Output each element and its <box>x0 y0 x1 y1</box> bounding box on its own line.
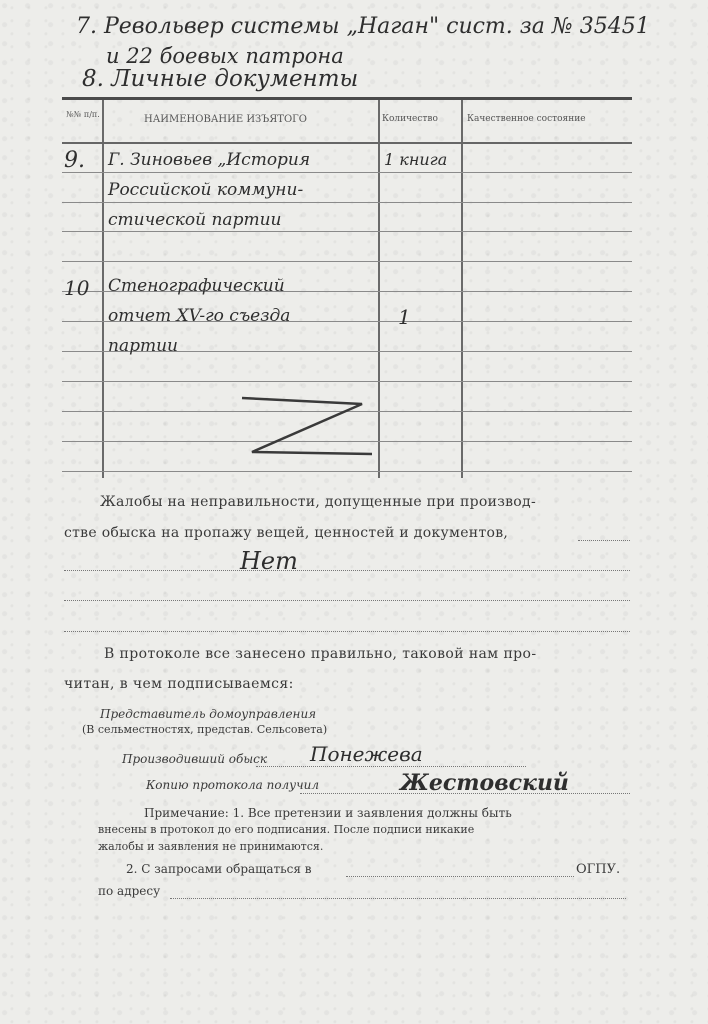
note-line4-prefix: 2. С запросами обращаться в <box>126 862 312 876</box>
fill-line <box>64 631 630 632</box>
row-line <box>62 471 632 472</box>
item-name-line: партии <box>108 336 178 356</box>
column-header-name: НАИМЕНОВАНИЕ ИЗЪЯТОГО <box>144 114 307 125</box>
column-divider <box>461 100 463 478</box>
note-line3: жалобы и заявления не принимаются. <box>98 840 323 853</box>
column-header-quantity: Количество <box>382 114 438 124</box>
note-line1: Примечание: 1. Все претензии и заявления… <box>144 806 512 820</box>
copy-received-label: Копию протокола получил <box>146 778 319 792</box>
note-line5: по адресу <box>98 884 160 898</box>
representative-label: Представитель домоуправления <box>100 707 316 721</box>
fill-line <box>64 570 630 571</box>
copy-received-signature: Жестовский <box>400 770 569 796</box>
fill-line <box>578 540 630 541</box>
row-number: 10 <box>64 276 89 300</box>
complaints-text-line1: Жалобы на неправильности, допущенные при… <box>100 494 536 510</box>
item-name-line: Стенографический <box>108 276 285 296</box>
handwritten-item-7-cont: и 22 боевых патрона <box>106 44 344 68</box>
scanned-document-page: 7. Револьвер системы „Наган" сист. за № … <box>0 0 708 1024</box>
confirmation-text-line1: В протоколе все занесено правильно, тако… <box>104 646 537 662</box>
searcher-signature: Понежева <box>310 742 423 766</box>
item-name-line: отчет XV-го съезда <box>108 306 290 326</box>
handwritten-item-8: 8. Личные документы <box>82 66 358 92</box>
complaints-text-line2: стве обыска на пропажу вещей, ценностей … <box>64 525 508 541</box>
note-line2: внесены в протокол до его подписания. По… <box>98 823 474 836</box>
signature-line <box>256 766 526 767</box>
header-divider <box>62 142 632 144</box>
column-divider <box>378 100 380 478</box>
row-line <box>62 202 632 203</box>
row-line <box>62 381 632 382</box>
item-name-line: Г. Зиновьев „История <box>108 150 310 170</box>
seized-items-table: №№ п/п. НАИМЕНОВАНИЕ ИЗЪЯТОГО Количество… <box>62 97 632 478</box>
item-name-line: Российской коммуни- <box>108 180 303 200</box>
confirmation-text-line2: читан, в чем подписываемся: <box>64 676 294 692</box>
column-header-condition: Качественное состояние <box>467 114 586 124</box>
handwritten-item-7: 7. Револьвер системы „Наган" сист. за № … <box>76 14 650 39</box>
fill-line <box>64 600 630 601</box>
fill-line <box>170 898 626 899</box>
note-line4-suffix: ОГПУ. <box>576 862 620 877</box>
representative-note: (В сельместностях, представ. Сельсовета) <box>82 723 327 736</box>
row-line <box>62 172 632 173</box>
item-quantity: 1 <box>398 305 411 329</box>
searcher-label: Производивший обыск <box>122 752 267 766</box>
item-name-line: стической партии <box>108 210 281 230</box>
fill-line <box>346 876 574 877</box>
cancellation-z-stroke <box>212 390 372 470</box>
row-number: 9. <box>64 148 85 173</box>
row-line <box>62 231 632 232</box>
item-quantity: 1 книга <box>384 150 447 169</box>
column-divider <box>102 100 104 478</box>
row-line <box>62 261 632 262</box>
column-header-number: №№ п/п. <box>64 110 102 120</box>
